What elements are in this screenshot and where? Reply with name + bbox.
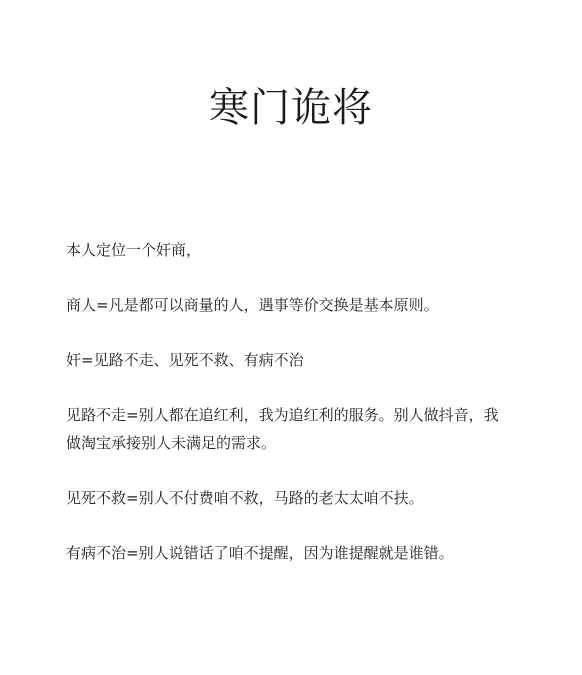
article-body: 本人定位一个奸商， 商人=凡是都可以商量的人，遇事等价交换是基本原则。 奸=见路… [66,236,506,594]
paragraph-road-not-taken: 见路不走=别人都在追红利，我为追红利的服务。别人做抖音，我做淘宝承接别人未满足的… [66,401,506,457]
article-title: 寒门诡将 [0,78,582,138]
paragraph-merchant-definition: 商人=凡是都可以商量的人，遇事等价交换是基本原则。 [66,291,506,319]
paragraph-no-rescue: 见死不救=别人不付费咱不救，马路的老太太咱不扶。 [66,484,506,512]
paragraph-intro: 本人定位一个奸商， [66,236,506,264]
paragraph-no-cure: 有病不治=别人说错话了咱不提醒，因为谁提醒就是谁错。 [66,539,506,567]
paragraph-jian-definition: 奸=见路不走、见死不救、有病不治 [66,346,506,374]
